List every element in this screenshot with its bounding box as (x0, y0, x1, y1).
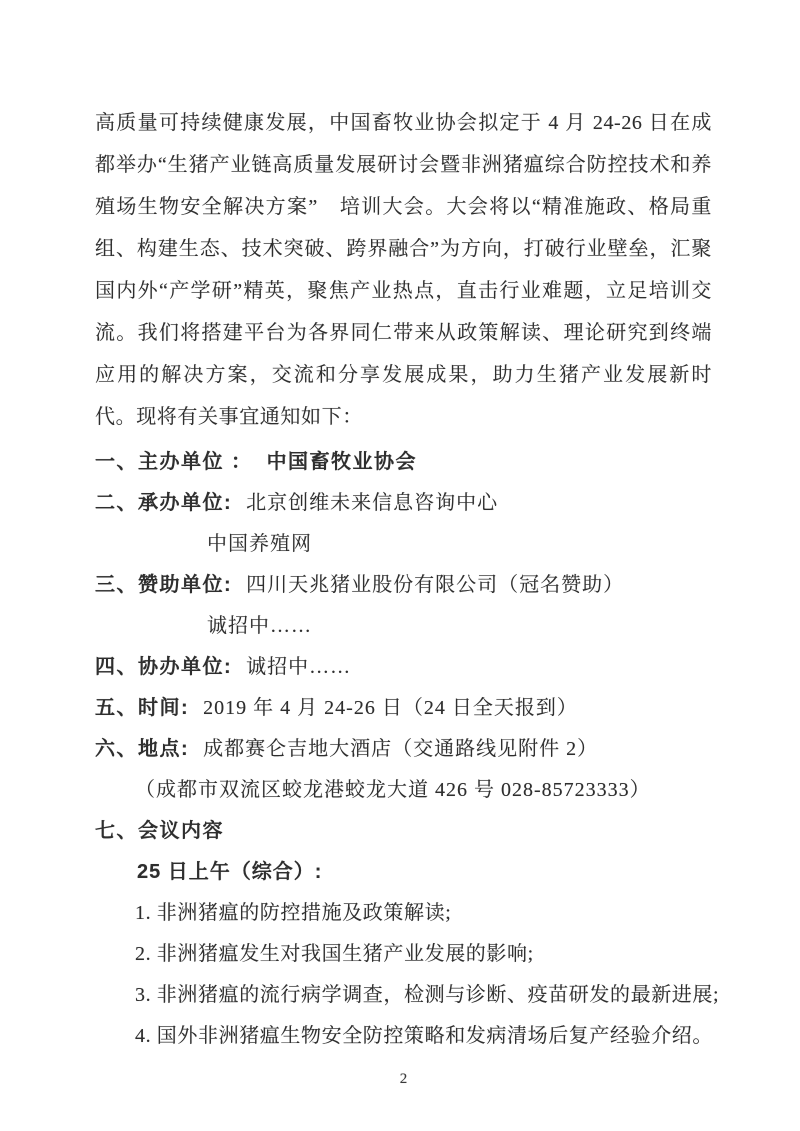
agenda-item-3: 3. 非洲猪瘟的流行病学调查，检测与诊断、疫苗研发的最新进展; (95, 975, 712, 1016)
section-time-value: 2019 年 4 月 24-26 日（24 日全天报到） (203, 697, 578, 719)
section-organizer: 一、主办单位 ：中国畜牧业协会 (95, 442, 712, 483)
agenda-session-title: 25 日上午（综合）: (95, 852, 712, 893)
section-agenda-heading: 七、会议内容 (95, 811, 712, 852)
section-time: 五、时间:2019 年 4 月 24-26 日（24 日全天报到） (95, 688, 712, 729)
intro-paragraph: 高质量可持续健康发展，中国畜牧业协会拟定于 4 月 24-26 日在成都举办“生… (95, 102, 712, 438)
section-time-label: 五、时间: (95, 697, 189, 719)
section-location: 六、地点:成都赛仑吉地大酒店（交通路线见附件 2） (95, 729, 712, 770)
section-list: 一、主办单位 ：中国畜牧业协会 二、承办单位:北京创维未来信息咨询中心 中国养殖… (95, 442, 712, 852)
section-location-value: 成都赛仑吉地大酒店（交通路线见附件 2） (203, 738, 598, 760)
section-organizer-value: 中国畜牧业协会 (267, 451, 418, 473)
page-number: 2 (95, 1071, 712, 1088)
section-undertaker-label: 二、承办单位: (95, 492, 232, 514)
section-location-label: 六、地点: (95, 738, 189, 760)
section-sponsor-value: 四川天兆猪业股份有限公司（冠名赞助） (246, 574, 624, 596)
agenda: 25 日上午（综合）: 1. 非洲猪瘟的防控措施及政策解读; 2. 非洲猪瘟发生… (95, 852, 712, 1057)
agenda-item-2: 2. 非洲猪瘟发生对我国生猪产业发展的影响; (95, 934, 712, 975)
section-undertaker-continuation: 中国养殖网 (95, 524, 712, 565)
section-co-organizer-label: 四、协办单位: (95, 656, 232, 678)
section-undertaker-value: 北京创维未来信息咨询中心 (246, 492, 498, 514)
section-location-address: （成都市双流区蛟龙港蛟龙大道 426 号 028-85723333） (95, 770, 712, 811)
section-co-organizer-value: 诚招中…… (246, 656, 351, 678)
section-co-organizer: 四、协办单位:诚招中…… (95, 647, 712, 688)
section-sponsor-label: 三、赞助单位: (95, 574, 232, 596)
section-agenda-heading-label: 七、会议内容 (95, 820, 224, 842)
section-undertaker: 二、承办单位:北京创维未来信息咨询中心 (95, 483, 712, 524)
scanned-document-page: 高质量可持续健康发展，中国畜牧业协会拟定于 4 月 24-26 日在成都举办“生… (0, 0, 800, 1131)
agenda-item-4: 4. 国外非洲猪瘟生物安全防控策略和发病清场后复产经验介绍。 (95, 1016, 712, 1057)
section-sponsor: 三、赞助单位:四川天兆猪业股份有限公司（冠名赞助） (95, 565, 712, 606)
section-sponsor-continuation: 诚招中…… (95, 606, 712, 647)
section-organizer-label: 一、主办单位 ： (95, 451, 253, 473)
agenda-item-1: 1. 非洲猪瘟的防控措施及政策解读; (95, 893, 712, 934)
